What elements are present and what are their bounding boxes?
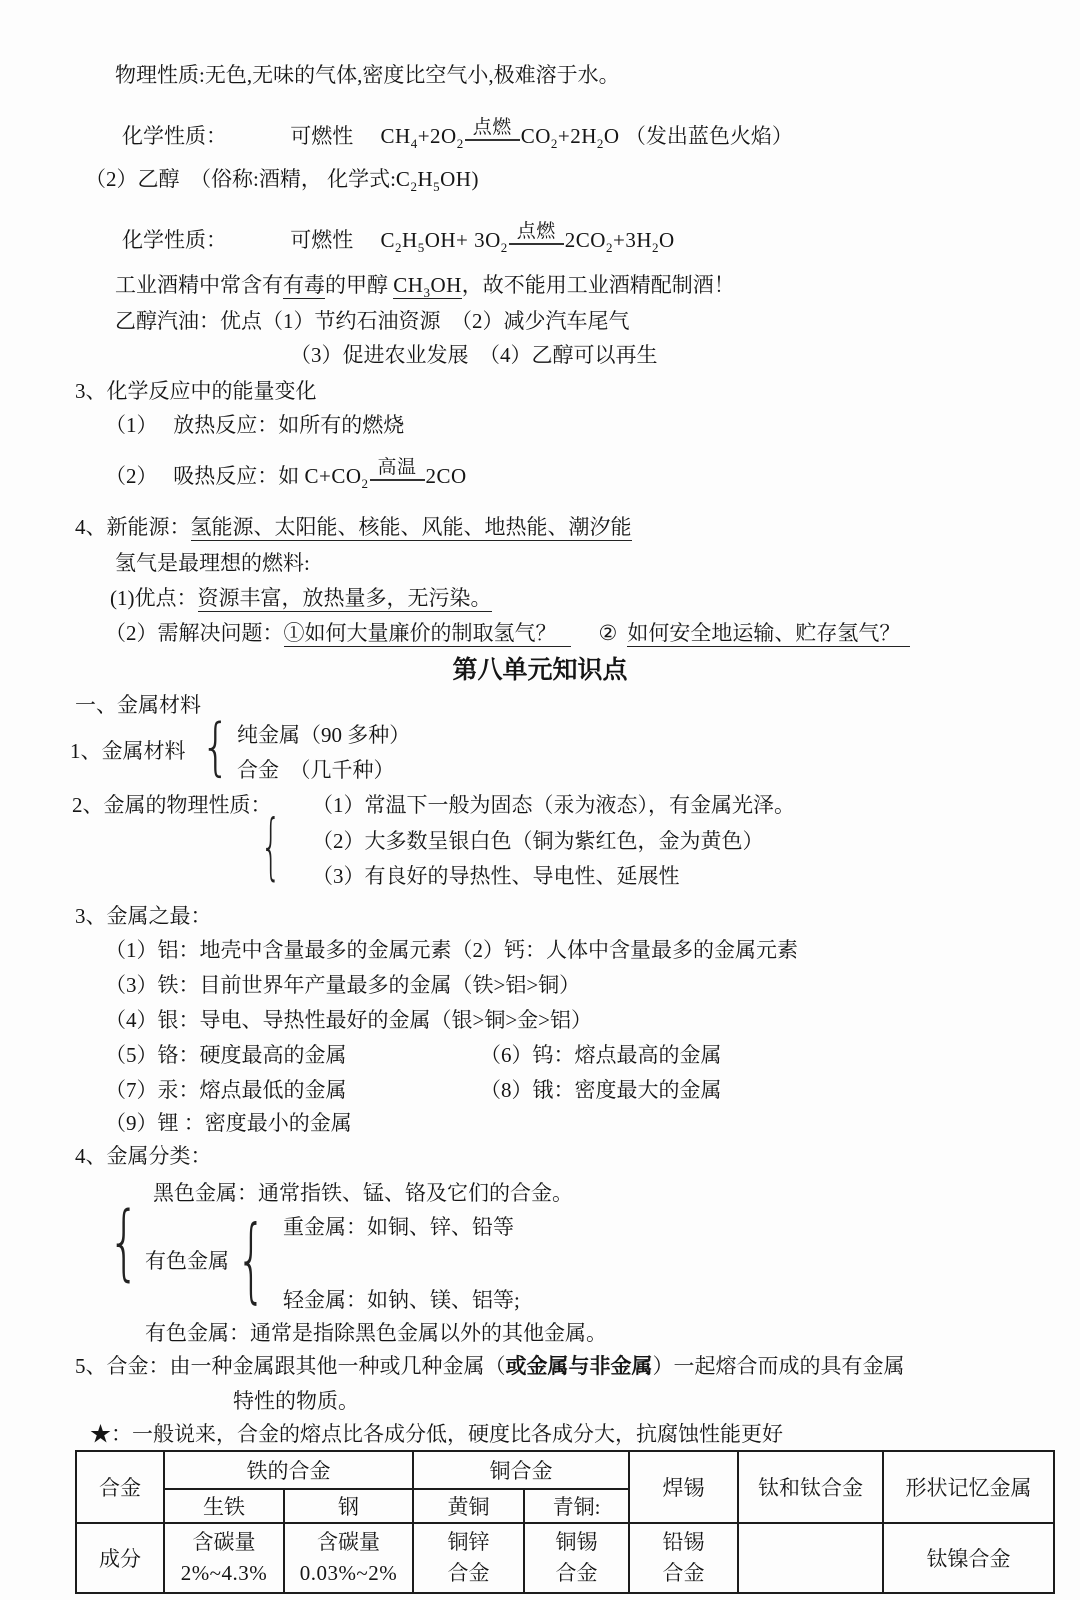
alloy-line: 合金 （几千种） bbox=[237, 757, 395, 784]
solder-composition-cell: 铅锡 合金 bbox=[629, 1523, 738, 1593]
methanol-formula: CH3OH bbox=[393, 273, 462, 299]
exothermic-line: （1） 放热反应：如所有的燃烧 bbox=[105, 412, 404, 439]
formula-subscript: 2 bbox=[457, 136, 464, 151]
pig-iron-composition-cell: 含碳量 2%~4.3% bbox=[164, 1523, 284, 1593]
industrial-alcohol-warning-line: 工业酒精中常含有有毒的甲醇 CH3OH，故不能用工业酒精配制酒！ bbox=[115, 272, 735, 299]
titanium-composition-cell bbox=[738, 1523, 883, 1593]
table-header-shape-memory: 形状记忆金属 bbox=[883, 1451, 1054, 1523]
flammability-label: 可燃性 bbox=[290, 124, 353, 148]
item2-point1: （1）常温下一般为固态（汞为液态），有金属光泽。 bbox=[312, 792, 795, 819]
hydrogen-problems-line: （2）需解决问题：①如何大量廉价的制取氢气？②如何安全地运输、贮存氢气？ bbox=[105, 620, 910, 647]
blue-flame-note: （发出蓝色火焰） bbox=[625, 124, 793, 148]
ethanol-gasoline-line1: 乙醇汽油：优点（1）节约石油资源 （2）减少汽车尾气 bbox=[115, 308, 630, 335]
item3-line1: （1）铝：地壳中含量最多的金属元素（2）钙：人体中含量最多的金属元素 bbox=[105, 937, 798, 964]
brass-composition-cell: 铜锌 合金 bbox=[413, 1523, 524, 1593]
alloy-definition-cont: 特性的物质。 bbox=[233, 1388, 359, 1415]
item3-line5b: （8）锇：密度最大的金属 bbox=[480, 1077, 722, 1104]
table-header-pig-iron: 生铁 bbox=[164, 1489, 284, 1523]
formula-subscript: 2 bbox=[501, 240, 508, 255]
formula-subscript: 4 bbox=[411, 136, 418, 151]
alloy-table: 合金 铁的合金 铜合金 焊锡 钛和钛合金 形状记忆金属 生铁 钢 黄铜 青铜: … bbox=[75, 1450, 1055, 1594]
ethanol-formula: C2H5OH) bbox=[396, 167, 479, 191]
formula-subscript: 2 bbox=[551, 136, 558, 151]
table-header-steel: 钢 bbox=[284, 1489, 413, 1523]
physical-properties-line: 物理性质:无色,无味的气体,密度比空气小,极难溶于水。 bbox=[115, 62, 620, 89]
alloy-definition-line: 5、合金：由一种金属跟其他一种或几种金属（或金属与非金属）一起熔合而成的具有金属 bbox=[75, 1353, 905, 1380]
methane-equation: CH4+2O2点燃CO2+2H2O bbox=[381, 124, 620, 148]
flammability-label: 可燃性 bbox=[290, 228, 353, 252]
item4-label: 4、金属分类： bbox=[75, 1143, 212, 1170]
formula-subscript: 5 bbox=[418, 240, 425, 255]
nonferrous-definition-line: 有色金属：通常是指除黑色金属以外的其他金属。 bbox=[145, 1320, 607, 1347]
ferrous-metal-line: 黑色金属：通常指铁、锰、铬及它们的合金。 bbox=[153, 1180, 573, 1207]
light-metal-line: 轻金属：如钠、镁、铝等; bbox=[283, 1287, 520, 1314]
item3-line6: （9）锂 ：密度最小的金属 bbox=[105, 1110, 352, 1137]
energy-change-title: 3、化学反应中的能量变化 bbox=[75, 378, 317, 405]
curly-brace: { bbox=[108, 1204, 139, 1282]
table-header-bronze: 青铜: bbox=[524, 1489, 629, 1523]
bronze-composition-cell: 铜锡 合金 bbox=[524, 1523, 629, 1593]
item3-label: 3、金属之最： bbox=[75, 903, 212, 930]
table-header-titanium: 钛和钛合金 bbox=[738, 1451, 883, 1523]
item3-line3: （4）银：导电、导热性最好的金属（银>铜>金>铝） bbox=[105, 1007, 592, 1034]
document-page: 物理性质:无色,无味的气体,密度比空气小,极难溶于水。 化学性质： 可燃性 CH… bbox=[0, 0, 1080, 1600]
item2-point2: （2）大多数呈银白色（铜为紫红色，金为黄色） bbox=[312, 828, 764, 855]
ignite-condition: 点燃 bbox=[465, 117, 520, 141]
star-note-line: ★：一般说来，合金的熔点比各成分低，硬度比各成分大，抗腐蚀性能更好 bbox=[90, 1421, 783, 1448]
toxic-underlined: 有毒 bbox=[283, 273, 325, 299]
formula-subscript: 2 bbox=[362, 476, 369, 491]
circled-two: ② bbox=[599, 621, 618, 645]
table-header-iron-alloys: 铁的合金 bbox=[164, 1451, 413, 1489]
problem1-underlined: ①如何大量廉价的制取氢气？ bbox=[284, 621, 571, 647]
ethanol-heading-line: （2）乙醇 （俗称:酒精， 化学式:C2H5OH) bbox=[85, 166, 479, 193]
item3-line4b: （6）钨：熔点最高的金属 bbox=[480, 1042, 722, 1069]
star-icon: ★： bbox=[90, 1422, 132, 1446]
problem2-underlined: 如何安全地运输、贮存氢气？ bbox=[627, 621, 910, 647]
ethanol-equation: C2H5OH+ 3O2点燃2CO2+3H2O bbox=[381, 228, 675, 252]
unit8-title: 第八单元知识点 bbox=[0, 650, 1080, 686]
item2-point3: （3）有良好的导热性、导电性、延展性 bbox=[312, 863, 680, 890]
co2-reduction-equation: C+CO2高温2CO bbox=[305, 464, 467, 488]
table-header-copper-alloys: 铜合金 bbox=[413, 1451, 629, 1489]
table-corner-alloy: 合金 bbox=[76, 1451, 164, 1523]
nonferrous-label: 有色金属 bbox=[145, 1248, 229, 1275]
ignite-condition: 点燃 bbox=[509, 221, 564, 245]
item2-label: 2、金属的物理性质： bbox=[72, 792, 272, 819]
formula-subscript: 2 bbox=[652, 240, 659, 255]
item3-line4: （5）铬：硬度最高的金属 （6）钨：熔点最高的金属 bbox=[105, 1042, 347, 1069]
endothermic-line: （2） 吸热反应：如 C+CO2高温2CO bbox=[105, 463, 467, 491]
advantages-underlined: 资源丰富，放热量多，无污染。 bbox=[198, 586, 492, 612]
metal-materials-section: 一、金属材料 bbox=[75, 692, 201, 719]
formula-subscript: 2 bbox=[597, 136, 604, 151]
bold-phrase: 或金属与非金属 bbox=[506, 1354, 653, 1378]
table-row-label-composition: 成分 bbox=[76, 1523, 164, 1593]
energy-sources-underlined: 氢能源、太阳能、核能、风能、地热能、潮汐能 bbox=[191, 515, 632, 541]
chemical-property-label: 化学性质： bbox=[122, 124, 227, 148]
pure-metal-line: 纯金属（90 多种） bbox=[237, 722, 410, 749]
curly-brace: { bbox=[261, 812, 282, 880]
hydrogen-advantages-line: (1)优点：资源丰富，放热量多，无污染。 bbox=[110, 585, 492, 612]
high-temperature-condition: 高温 bbox=[370, 457, 425, 481]
physical-properties-text: 物理性质:无色,无味的气体,密度比空气小,极难溶于水。 bbox=[115, 63, 620, 87]
methane-combustion-line: 化学性质： 可燃性 CH4+2O2点燃CO2+2H2O （发出蓝色火焰） bbox=[122, 123, 793, 151]
item3-line5: （7）汞：熔点最低的金属 （8）锇：密度最大的金属 bbox=[105, 1077, 347, 1104]
hydrogen-ideal-fuel-line: 氢气是最理想的燃料: bbox=[115, 550, 310, 577]
heavy-metal-line: 重金属：如铜、锌、铅等 bbox=[283, 1214, 514, 1241]
ethanol-combustion-line: 化学性质： 可燃性 C2H5OH+ 3O2点燃2CO2+3H2O bbox=[122, 227, 675, 255]
chemical-property-label: 化学性质： bbox=[122, 228, 227, 252]
table-header-solder: 焊锡 bbox=[629, 1451, 738, 1523]
new-energy-title: 4、新能源：氢能源、太阳能、核能、风能、地热能、潮汐能 bbox=[75, 514, 632, 541]
curly-brace: { bbox=[237, 1216, 266, 1304]
formula-subscript: 2 bbox=[606, 240, 613, 255]
item3-line2: （3）铁：目前世界年产量最多的金属（铁>铝>铜） bbox=[105, 972, 580, 999]
formula-subscript: 2 bbox=[395, 240, 402, 255]
steel-composition-cell: 含碳量 0.03%~2% bbox=[284, 1523, 413, 1593]
table-header-brass: 黄铜 bbox=[413, 1489, 524, 1523]
curly-brace: { bbox=[201, 716, 231, 778]
ethanol-gasoline-line2: （3）促进农业发展 （4）乙醇可以再生 bbox=[290, 342, 658, 369]
item1-label: 1、金属材料 bbox=[70, 738, 186, 765]
memory-composition-cell: 钛镍合金 bbox=[883, 1523, 1054, 1593]
